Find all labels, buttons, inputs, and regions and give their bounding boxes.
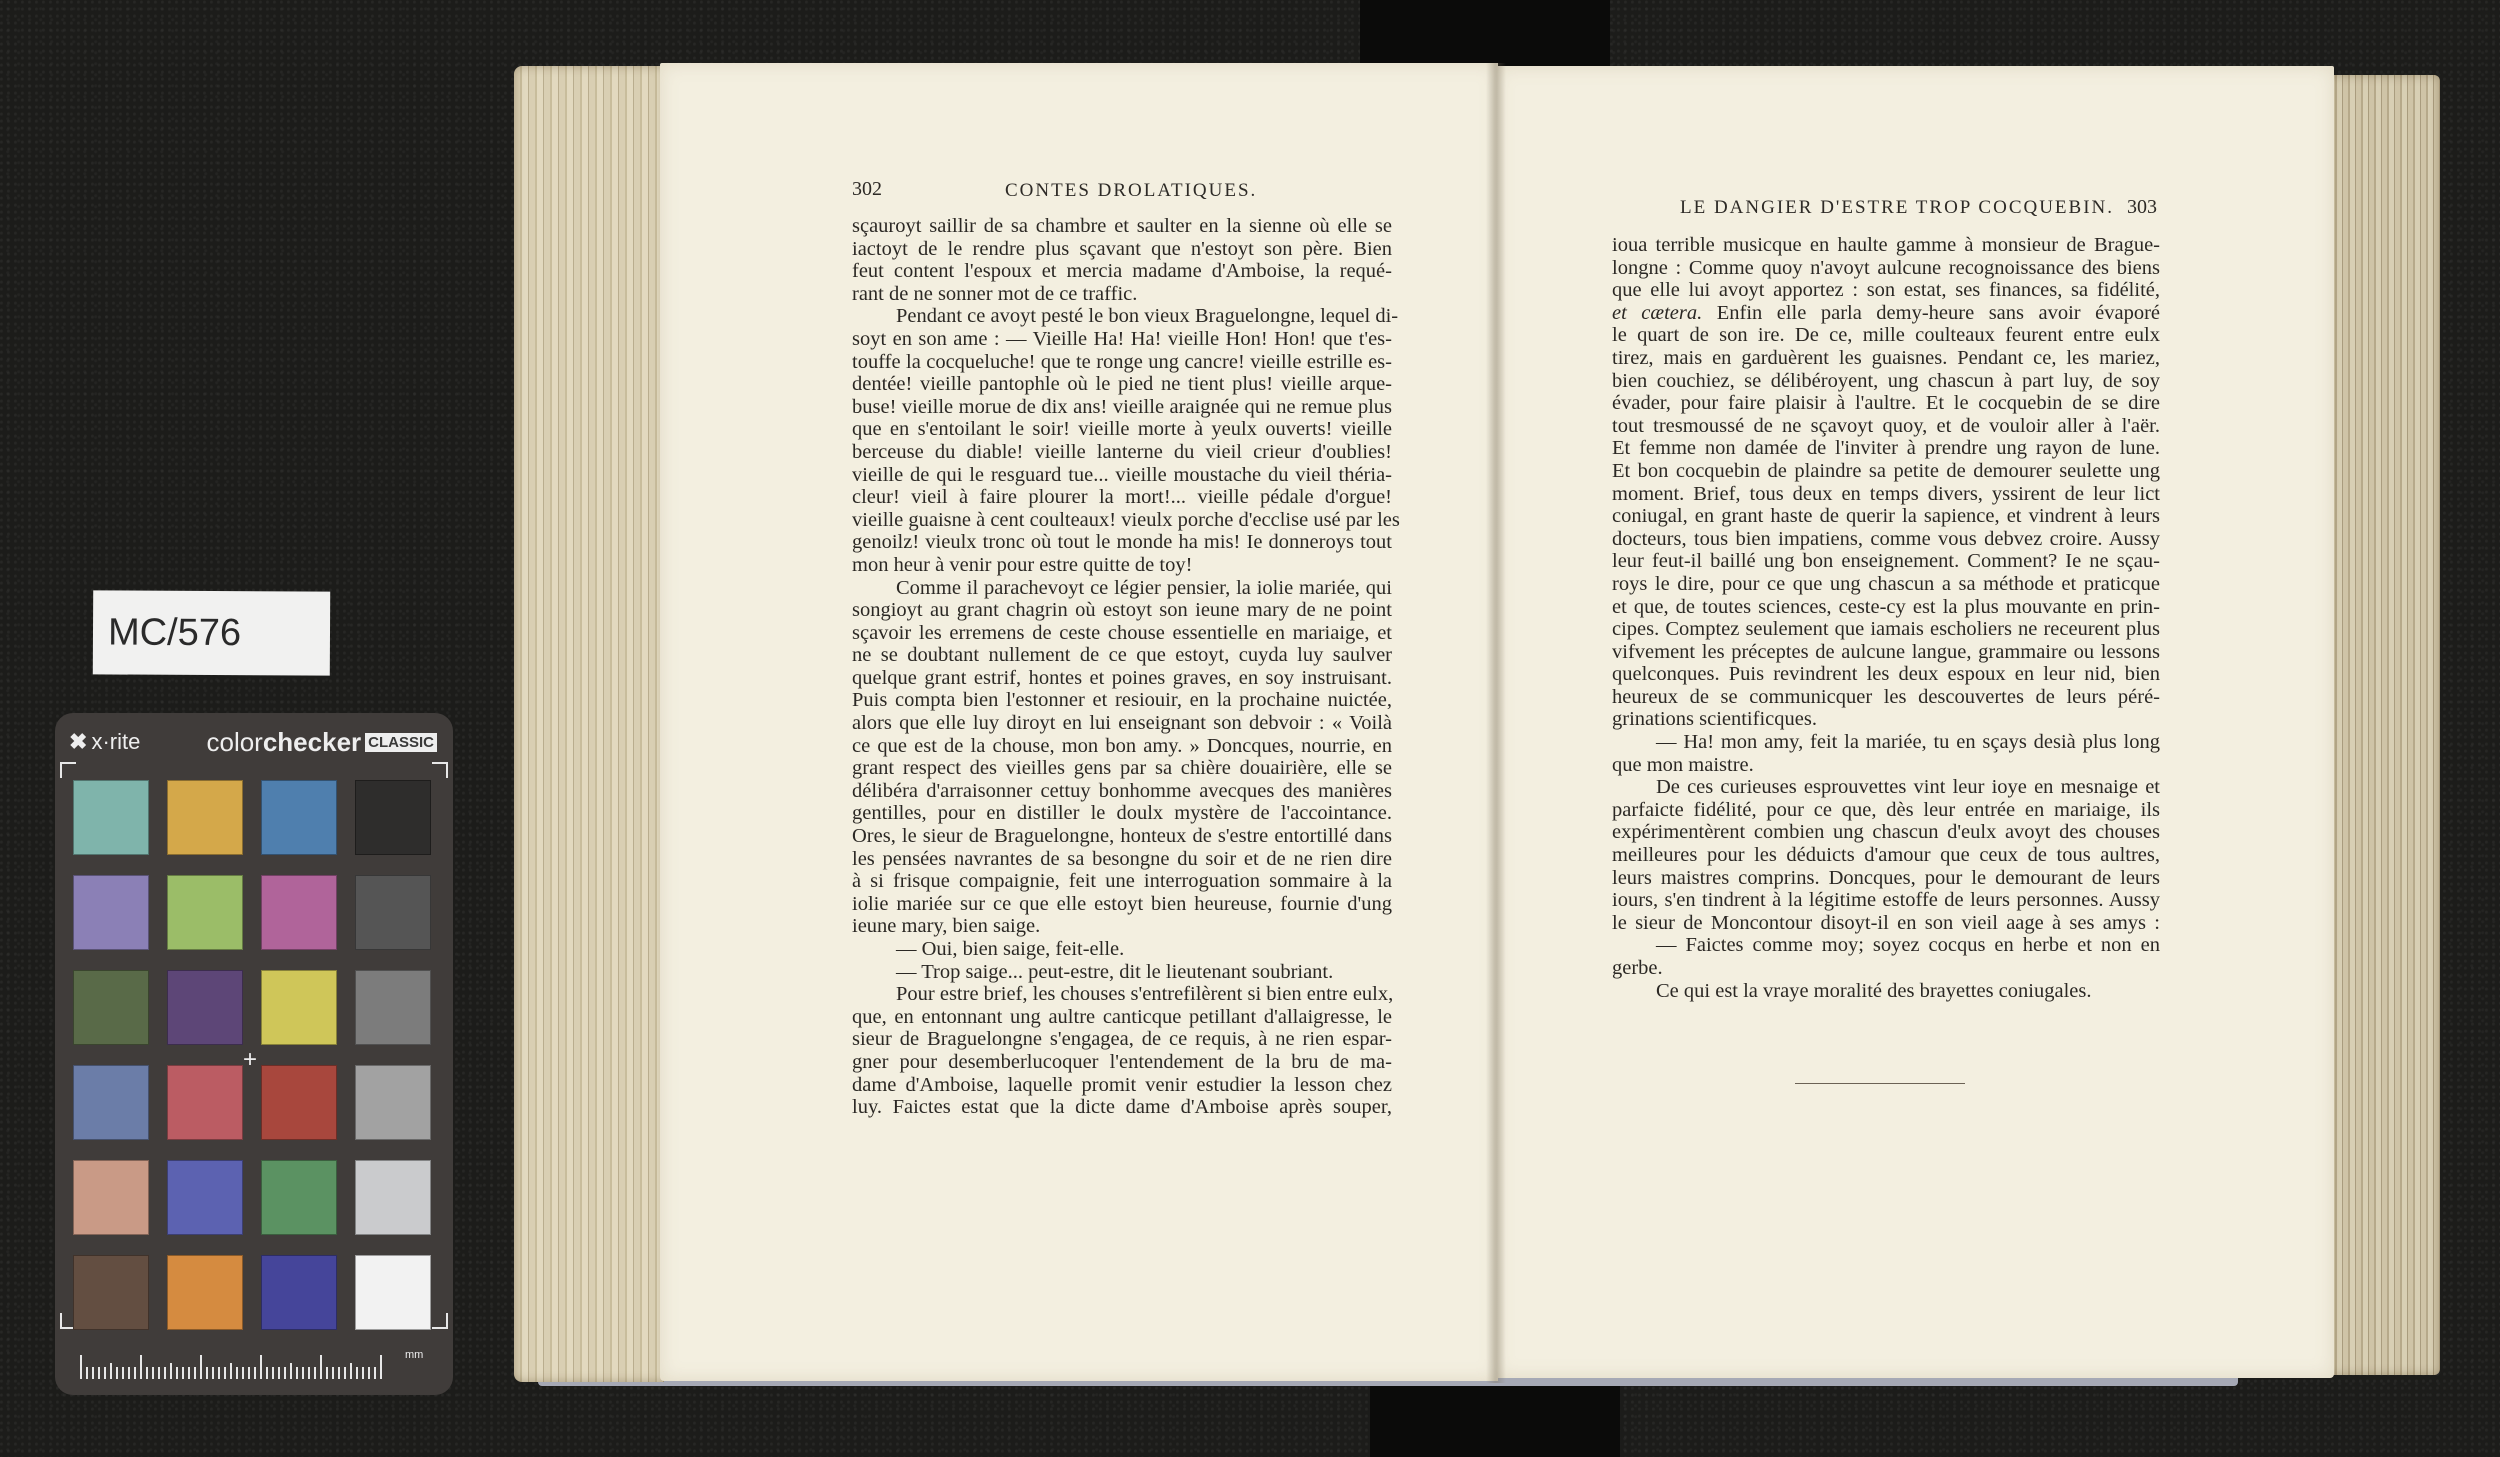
right-page-body: ioua terrible musicque en haulte gamme à…	[1612, 234, 2160, 1002]
ruler-tick	[332, 1367, 334, 1379]
right-page-number: 303	[2127, 196, 2157, 219]
ruler-tick	[362, 1367, 364, 1379]
text-line: délibéra d'arraisonner cettuy bonhomme a…	[852, 780, 1392, 803]
text-line: ioua terrible musicque en haulte gamme à…	[1612, 234, 2160, 257]
color-patch	[167, 1160, 243, 1235]
text-line: gentilles, pour en distiller le doulx my…	[852, 802, 1392, 825]
text-line: vifvement les préceptes de aulcune langu…	[1612, 641, 2160, 664]
text-line: le sieur de Moncontour disoyt-il en son …	[1612, 912, 2160, 935]
text-line: sçauroyt saillir de sa chambre et saulte…	[852, 215, 1392, 238]
text-line: genoilz! vieulx tronc où tout le monde h…	[852, 531, 1392, 554]
text-line: touffe la cocqueluche! que te ronge ung …	[852, 351, 1392, 374]
ruler-tick	[116, 1367, 118, 1379]
text-line: — Oui, bien saige, feit-elle.	[852, 938, 1392, 961]
text-line: gerbe.	[1612, 957, 2160, 980]
mm-ruler	[80, 1353, 400, 1379]
page-block-right	[2330, 75, 2440, 1375]
text-line: évader, pour faire plaisir à l'aultre. E…	[1612, 392, 2160, 415]
ruler-tick	[122, 1367, 124, 1379]
ruler-tick	[170, 1363, 172, 1379]
text-line: leurs maistres comprins. Doncques, pour …	[1612, 867, 2160, 890]
ruler-tick	[224, 1367, 226, 1379]
color-patch	[355, 875, 431, 950]
ruler-tick	[140, 1355, 142, 1379]
text-line: ne se doubtant nullement de ce que estoy…	[852, 644, 1392, 667]
corner-mark-icon	[432, 762, 448, 778]
ruler-tick	[254, 1367, 256, 1379]
text-line: iactoyt de le rendre plus sçavant que n'…	[852, 238, 1392, 261]
color-patch	[261, 875, 337, 950]
ruler-tick	[242, 1367, 244, 1379]
classic-badge: CLASSIC	[365, 733, 437, 752]
color-patch	[167, 1255, 243, 1330]
corner-mark-icon	[60, 762, 76, 778]
xrite-logo: ✖ x·rite	[69, 729, 140, 755]
ruler-tick	[236, 1367, 238, 1379]
left-page-body: sçauroyt saillir de sa chambre et saulte…	[852, 215, 1392, 1119]
colorchecker-light: color	[206, 727, 262, 757]
text-line: vieille guaisne à cent coulteaux! vieulx…	[852, 509, 1392, 532]
background-shadow-bottom	[1370, 1380, 1620, 1457]
ruler-tick	[98, 1367, 100, 1379]
book-gutter	[1486, 63, 1506, 1383]
text-line: feut content l'espoux et mercia madame d…	[852, 260, 1392, 283]
ruler-tick	[272, 1367, 274, 1379]
ruler-tick	[368, 1367, 370, 1379]
color-checker-card: ✖ x·rite colorchecker CLASSIC + mm	[55, 713, 453, 1395]
ruler-tick	[296, 1367, 298, 1379]
text-line: dentée! vieille pantophle où le pied ne …	[852, 373, 1392, 396]
text-line: buse! vieille morue de dix ans! vieille …	[852, 396, 1392, 419]
ruler-tick	[92, 1367, 94, 1379]
text-line: longne : Comme quoy n'avoyt aulcune reco…	[1612, 257, 2160, 280]
ruler-tick	[380, 1355, 382, 1379]
text-line: que, en entonnant ung aultre canticque p…	[852, 1006, 1392, 1029]
ruler-tick	[188, 1367, 190, 1379]
colorchecker-title: colorchecker CLASSIC	[206, 727, 437, 758]
ruler-tick	[302, 1367, 304, 1379]
text-line: ce que est de la chouse, mon bon amy. » …	[852, 735, 1392, 758]
text-line: tout tresmoussé de ne sçavoyt quoy, et d…	[1612, 415, 2160, 438]
end-rule	[1918, 1083, 1960, 1084]
text-line: quelque grant estrif, hontes et poines g…	[852, 667, 1392, 690]
ruler-tick	[320, 1355, 322, 1379]
text-line: Comme il parachevoyt ce légier pensier, …	[852, 577, 1392, 600]
ruler-tick	[350, 1363, 352, 1379]
ruler-tick	[212, 1367, 214, 1379]
text-line: bien couchiez, se délibéroyent, ung chas…	[1612, 370, 2160, 393]
color-patch	[73, 1065, 149, 1140]
ruler-tick	[200, 1355, 202, 1379]
color-patch	[73, 1160, 149, 1235]
text-line: — Faictes comme moy; soyez cocqus en her…	[1612, 934, 2160, 957]
specimen-label: MC/576	[93, 590, 330, 675]
text-line: — Trop saige... peut-estre, dit le lieut…	[852, 961, 1392, 984]
text-line: leur feut-il baillé ung bon enseignement…	[1612, 550, 2160, 573]
ruler-tick	[206, 1367, 208, 1379]
color-patch	[73, 780, 149, 855]
ruler-tick	[260, 1355, 262, 1379]
color-patch	[73, 875, 149, 950]
background-shadow-top	[1360, 0, 1610, 68]
text-line: mon heur à venir pour estre quitte de to…	[852, 554, 1392, 577]
text-line: Pour estre brief, les chouses s'entrefil…	[852, 983, 1392, 1006]
text-line: gner pour desemberlucoquer l'entendement…	[852, 1051, 1392, 1074]
text-line: moment. Brief, tous deux en temps divers…	[1612, 483, 2160, 506]
left-page-number: 302	[852, 178, 882, 201]
text-line: meilleures pour les déduicts d'amour que…	[1612, 844, 2160, 867]
ruler-tick	[290, 1363, 292, 1379]
color-patch	[73, 1255, 149, 1330]
text-line: expérimentèrent combien ung chascun d'eu…	[1612, 821, 2160, 844]
ruler-tick	[344, 1367, 346, 1379]
color-patch	[261, 1255, 337, 1330]
text-line: cleur! vieil à faire plourer la mort!...…	[852, 486, 1392, 509]
text-line: cipes. Comptez seulement que iamais esch…	[1612, 618, 2160, 641]
color-patch	[261, 1065, 337, 1140]
text-line: berceuse du diable! vieille lanterne du …	[852, 441, 1392, 464]
text-line: roys le dire, pour ce que ung chascun a …	[1612, 573, 2160, 596]
text-line: soyt en son ame : — Vieille Ha! Ha! viei…	[852, 328, 1392, 351]
page-block-left	[514, 66, 664, 1382]
ruler-tick	[86, 1367, 88, 1379]
colorchecker-bold: checker	[263, 727, 361, 757]
ruler-tick	[80, 1355, 82, 1379]
text-line: Et bon cocquebin de plaindre sa petite d…	[1612, 460, 2160, 483]
color-patch	[261, 970, 337, 1045]
text-line: parfaicte fidélité, pour ce que, dès leu…	[1612, 799, 2160, 822]
text-line: iours, s'en tindrent à la légitime estof…	[1612, 889, 2160, 912]
text-line: docteurs, tous bien impatiens, comme vou…	[1612, 528, 2160, 551]
color-patch	[167, 875, 243, 950]
text-line: Ores, le sieur de Braguelongne, honteux …	[852, 825, 1392, 848]
ruler-tick	[308, 1367, 310, 1379]
text-line: le quart de son ire. De ce, mille coulte…	[1612, 324, 2160, 347]
text-line: les pensées navrantes de sa besongne du …	[852, 848, 1392, 871]
text-line: tirez, mais en garduèrent les guaisnes. …	[1612, 347, 2160, 370]
text-line: que elle lui avoyt apportez : son estat,…	[1612, 279, 2160, 302]
color-patch	[167, 970, 243, 1045]
text-line: luy. Faictes estat que la dicte dame d'A…	[852, 1096, 1392, 1119]
ruler-tick	[338, 1367, 340, 1379]
ruler-tick	[248, 1367, 250, 1379]
ruler-unit: mm	[405, 1349, 423, 1361]
color-patch	[355, 780, 431, 855]
text-line: heureux de se communicquer les descouver…	[1612, 686, 2160, 709]
text-line: sçavoir les erremens de ceste chouse ess…	[852, 622, 1392, 645]
text-line: dame d'Amboise, laquelle promit venir es…	[852, 1074, 1392, 1097]
ruler-tick	[134, 1367, 136, 1379]
text-line: De ces curieuses esprouvettes vint leur …	[1612, 776, 2160, 799]
text-line: rant de ne sonner mot de ce traffic.	[852, 283, 1392, 306]
text-line: Et femme non damée de l'inviter à prendr…	[1612, 437, 2160, 460]
corner-mark-icon	[432, 1313, 448, 1329]
text-line: alors que elle luy diroyt en lui enseign…	[852, 712, 1392, 735]
text-line: grinations scientificques.	[1612, 708, 2160, 731]
ruler-tick	[128, 1367, 130, 1379]
ruler-tick	[194, 1367, 196, 1379]
xrite-brand-text: x·rite	[91, 729, 140, 755]
crosshair-icon: +	[243, 1048, 257, 1072]
text-line: et que, de toutes sciences, ceste-cy est…	[1612, 596, 2160, 619]
text-line: iolie mariée sur ce que elle estoyt bien…	[852, 893, 1392, 916]
ruler-tick	[182, 1367, 184, 1379]
ruler-tick	[284, 1367, 286, 1379]
text-line: grant respect des vieilles gens par sa c…	[852, 757, 1392, 780]
text-line: Ce qui est la vraye moralité des brayett…	[1612, 980, 2160, 1003]
color-patch	[355, 1160, 431, 1235]
specimen-id: MC/576	[108, 611, 241, 655]
xrite-mark-icon: ✖	[69, 729, 87, 755]
ruler-tick	[104, 1367, 106, 1379]
text-line: sieur de Braguelongne s'engagea, de ce r…	[852, 1028, 1392, 1051]
text-line: que en s'entoilant le soir! vieille mort…	[852, 418, 1392, 441]
color-patch	[261, 1160, 337, 1235]
ruler-tick	[164, 1367, 166, 1379]
ruler-tick	[176, 1367, 178, 1379]
color-patch	[355, 1065, 431, 1140]
text-line: songioyt au grant chagrin où estoyt son …	[852, 599, 1392, 622]
color-patch	[73, 970, 149, 1045]
ruler-tick	[356, 1367, 358, 1379]
text-line: vieille de qui le resguard tue... vieill…	[852, 464, 1392, 487]
ruler-tick	[266, 1367, 268, 1379]
text-line: coniugal, en grant haste de querir la sa…	[1612, 505, 2160, 528]
text-line: Pendant ce avoyt pesté le bon vieux Brag…	[852, 305, 1392, 328]
ruler-tick	[218, 1367, 220, 1379]
ruler-tick	[110, 1363, 112, 1379]
color-patch	[355, 970, 431, 1045]
ruler-tick	[278, 1367, 280, 1379]
right-running-head: LE DANGIER D'ESTRE TROP COCQUEBIN.	[1680, 197, 2114, 219]
color-patch	[167, 780, 243, 855]
ruler-tick	[146, 1367, 148, 1379]
color-patch	[167, 1065, 243, 1140]
ruler-tick	[230, 1363, 232, 1379]
text-line: et cætera. Enfin elle parla demy-heure s…	[1612, 302, 2160, 325]
ruler-tick	[152, 1367, 154, 1379]
left-running-head: CONTES DROLATIQUES.	[1005, 180, 1257, 202]
ruler-tick	[326, 1367, 328, 1379]
text-line: à si frisque compaignie, feit une interr…	[852, 870, 1392, 893]
color-patch	[261, 780, 337, 855]
color-patch	[355, 1255, 431, 1330]
text-line: — Ha! mon amy, feit la mariée, tu en sça…	[1612, 731, 2160, 754]
ruler-tick	[374, 1367, 376, 1379]
ruler-tick	[158, 1367, 160, 1379]
text-line: ieune mary, bien saige.	[852, 915, 1392, 938]
text-line: quelconques. Puis revindrent les deux es…	[1612, 663, 2160, 686]
text-line: que mon maistre.	[1612, 754, 2160, 777]
ruler-tick	[314, 1367, 316, 1379]
text-line: Puis compta bien l'estonner et resiouir,…	[852, 689, 1392, 712]
